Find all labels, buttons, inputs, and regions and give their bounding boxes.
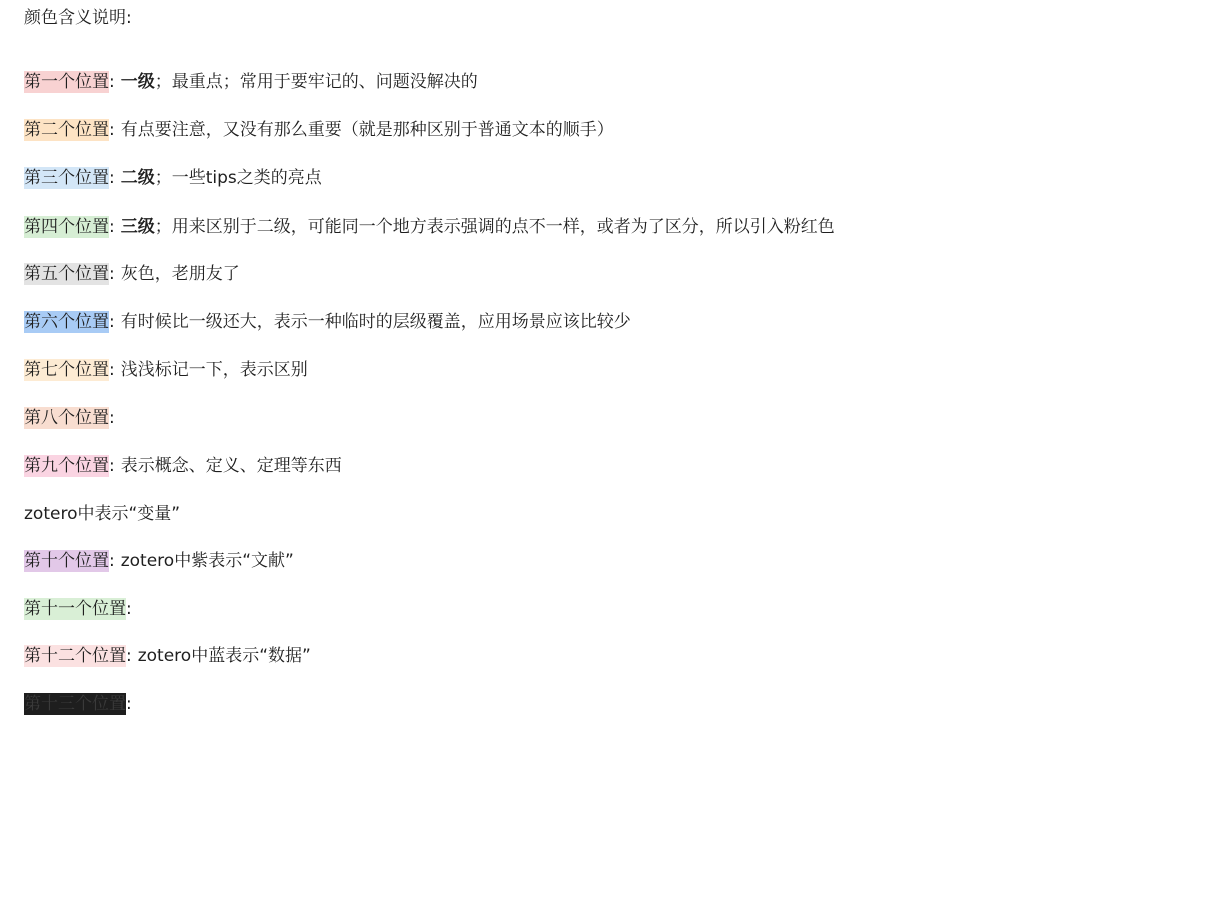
label-separator: : bbox=[109, 264, 115, 284]
row-description: 表示概念、定义、定理等东西 bbox=[121, 456, 342, 476]
row-description: zotero中表示“变量” bbox=[24, 504, 180, 524]
legend-row: 第三个位置:二级；一些tips之类的亮点 bbox=[24, 163, 322, 193]
label-separator: : bbox=[109, 551, 115, 571]
row-description: 有时候比一级还大，表示一种临时的层级覆盖，应用场景应该比较少 bbox=[121, 312, 631, 332]
row-description: 有点要注意，又没有那么重要（就是那种区别于普通文本的顺手） bbox=[121, 120, 614, 140]
level-tag: 三级 bbox=[121, 217, 155, 237]
level-tag: 一级 bbox=[121, 72, 155, 92]
row-description: zotero中紫表示“文献” bbox=[121, 551, 294, 571]
highlight-swatch-label: 第四个位置 bbox=[24, 216, 109, 238]
highlight-swatch-label: 第九个位置 bbox=[24, 455, 109, 477]
label-separator: : bbox=[126, 646, 132, 666]
legend-row: 第十一个位置: bbox=[24, 594, 138, 624]
row-description: 灰色，老朋友了 bbox=[121, 264, 240, 284]
legend-row: 第七个位置:浅浅标记一下，表示区别 bbox=[24, 355, 308, 385]
label-separator: : bbox=[109, 120, 115, 140]
label-separator: : bbox=[109, 312, 115, 332]
highlight-swatch-label: 第三个位置 bbox=[24, 167, 109, 189]
legend-row: 第十个位置:zotero中紫表示“文献” bbox=[24, 546, 294, 576]
legend-row: 第六个位置:有时候比一级还大，表示一种临时的层级覆盖，应用场景应该比较少 bbox=[24, 307, 631, 337]
label-separator: : bbox=[109, 408, 115, 428]
label-separator: : bbox=[109, 168, 115, 188]
row-description: zotero中蓝表示“数据” bbox=[138, 646, 311, 666]
highlight-swatch-label: 第二个位置 bbox=[24, 119, 109, 141]
highlight-swatch-label: 第七个位置 bbox=[24, 359, 109, 381]
highlight-swatch-label: 第十个位置 bbox=[24, 550, 109, 572]
highlight-swatch-label: 第八个位置 bbox=[24, 407, 109, 429]
legend-row: 第一个位置:一级；最重点；常用于要牢记的、问题没解决的 bbox=[24, 67, 478, 97]
highlight-swatch-label: 第十一个位置 bbox=[24, 598, 126, 620]
label-separator: : bbox=[126, 694, 132, 714]
legend-row: zotero中表示“变量” bbox=[24, 499, 180, 529]
row-description: ；用来区别于二级，可能同一个地方表示强调的点不一样，或者为了区分，所以引入粉红色 bbox=[155, 217, 835, 237]
label-separator: : bbox=[109, 72, 115, 92]
legend-row: 第十二个位置:zotero中蓝表示“数据” bbox=[24, 641, 311, 671]
row-description: ；一些tips之类的亮点 bbox=[155, 168, 322, 188]
legend-row: 第八个位置: bbox=[24, 403, 121, 433]
level-tag: 二级 bbox=[121, 168, 155, 188]
legend-row: 第二个位置:有点要注意，又没有那么重要（就是那种区别于普通文本的顺手） bbox=[24, 115, 614, 145]
row-description: ；最重点；常用于要牢记的、问题没解决的 bbox=[155, 72, 478, 92]
highlight-swatch-label: 第十三个位置 bbox=[24, 693, 126, 715]
highlight-swatch-label: 第五个位置 bbox=[24, 263, 109, 285]
highlight-swatch-label: 第六个位置 bbox=[24, 311, 109, 333]
legend-title: 颜色含义说明: bbox=[24, 3, 132, 33]
legend-row: 第五个位置:灰色，老朋友了 bbox=[24, 259, 240, 289]
row-description: 浅浅标记一下，表示区别 bbox=[121, 360, 308, 380]
legend-row: 第十三个位置: bbox=[24, 689, 138, 719]
label-separator: : bbox=[109, 456, 115, 476]
highlight-swatch-label: 第一个位置 bbox=[24, 71, 109, 93]
label-separator: : bbox=[109, 217, 115, 237]
legend-row: 第四个位置:三级；用来区别于二级，可能同一个地方表示强调的点不一样，或者为了区分… bbox=[24, 212, 835, 242]
legend-row: 第九个位置:表示概念、定义、定理等东西 bbox=[24, 451, 342, 481]
label-separator: : bbox=[109, 360, 115, 380]
highlight-swatch-label: 第十二个位置 bbox=[24, 645, 126, 667]
label-separator: : bbox=[126, 599, 132, 619]
